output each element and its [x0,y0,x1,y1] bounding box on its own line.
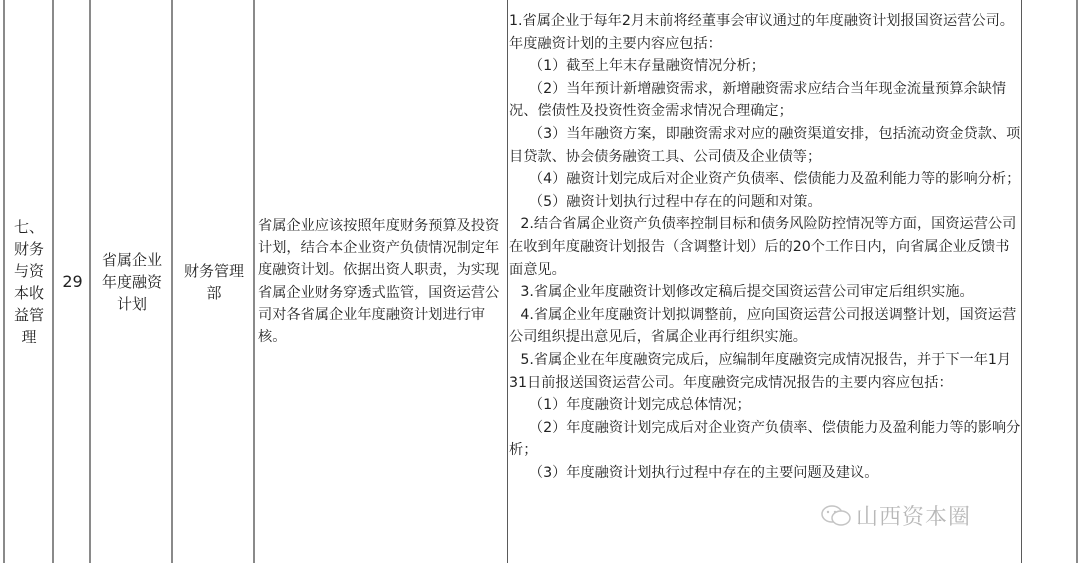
detail-paragraph: （3）年度融资计划执行过程中存在的主要问题及建议。 [509,462,1021,485]
department-cell: 财务管理部 [174,0,254,563]
category-cell: 七、财务与资本收益管理 [5,0,53,563]
watermark-text: 山西资本圈 [856,500,971,531]
detail-paragraph: （2）年度融资计划完成后对企业资产负债率、偿债能力及盈利能力等的影响分析； [509,417,1021,462]
detail-cell: 1.省属企业于每年2月末前将经董事会审议通过的年度融资计划报国资运营公司。年度融… [509,10,1021,484]
item-number: 29 [62,271,82,293]
detail-paragraph: 3.省属企业年度融资计划修改定稿后提交国资运营公司审定后组织实施。 [509,281,1021,304]
detail-paragraph: （1）截至上年末存量融资情况分析； [509,55,1021,78]
detail-paragraph: （2）当年预计新增融资需求，新增融资需求应结合当年现金流量预算余缺情况、偿债性及… [509,78,1021,123]
category-text: 七、财务与资本收益管理 [12,216,46,348]
item-name: 省属企业年度融资计划 [97,249,167,315]
detail-paragraph: 1.省属企业于每年2月末前将经董事会审议通过的年度融资计划报国资运营公司。年度融… [509,10,1021,55]
table-border-right [1076,0,1078,563]
rule-text: 省属企业应该按照年度财务预算及投资计划，结合本企业资产负债情况制定年度融资计划。… [256,215,504,349]
detail-paragraph: （4）融资计划完成后对企业资产负债率、偿债能力及盈利能力等的影响分析； [509,168,1021,191]
rule-cell: 省属企业应该按照年度财务预算及投资计划，结合本企业资产负债情况制定年度融资计划。… [256,0,506,563]
department-name: 财务管理部 [179,260,249,304]
detail-paragraph: （5）融资计划执行过程中存在的问题和对策。 [509,191,1021,214]
detail-paragraph: 4.省属企业年度融资计划拟调整前，应向国资运营公司报送调整计划，国资运营公司组织… [509,304,1021,349]
watermark: 山西资本圈 [820,500,971,531]
number-cell: 29 [55,0,90,563]
wechat-icon [820,504,852,528]
table-border-col6 [1021,0,1022,563]
item-cell: 省属企业年度融资计划 [92,0,172,563]
detail-paragraph: 2.结合省属企业资产负债率控制目标和债务风险防控情况等方面，国资运营公司在收到年… [509,213,1021,281]
detail-paragraph: （3）当年融资方案，即融资需求对应的融资渠道安排，包括流动资金贷款、项目贷款、协… [509,123,1021,168]
table-border-col5 [507,0,508,563]
detail-paragraph: （1）年度融资计划完成总体情况； [509,394,1021,417]
detail-paragraph: 5.省属企业在年度融资完成后，应编制年度融资完成情况报告，并于下一年1月31日前… [509,349,1021,394]
